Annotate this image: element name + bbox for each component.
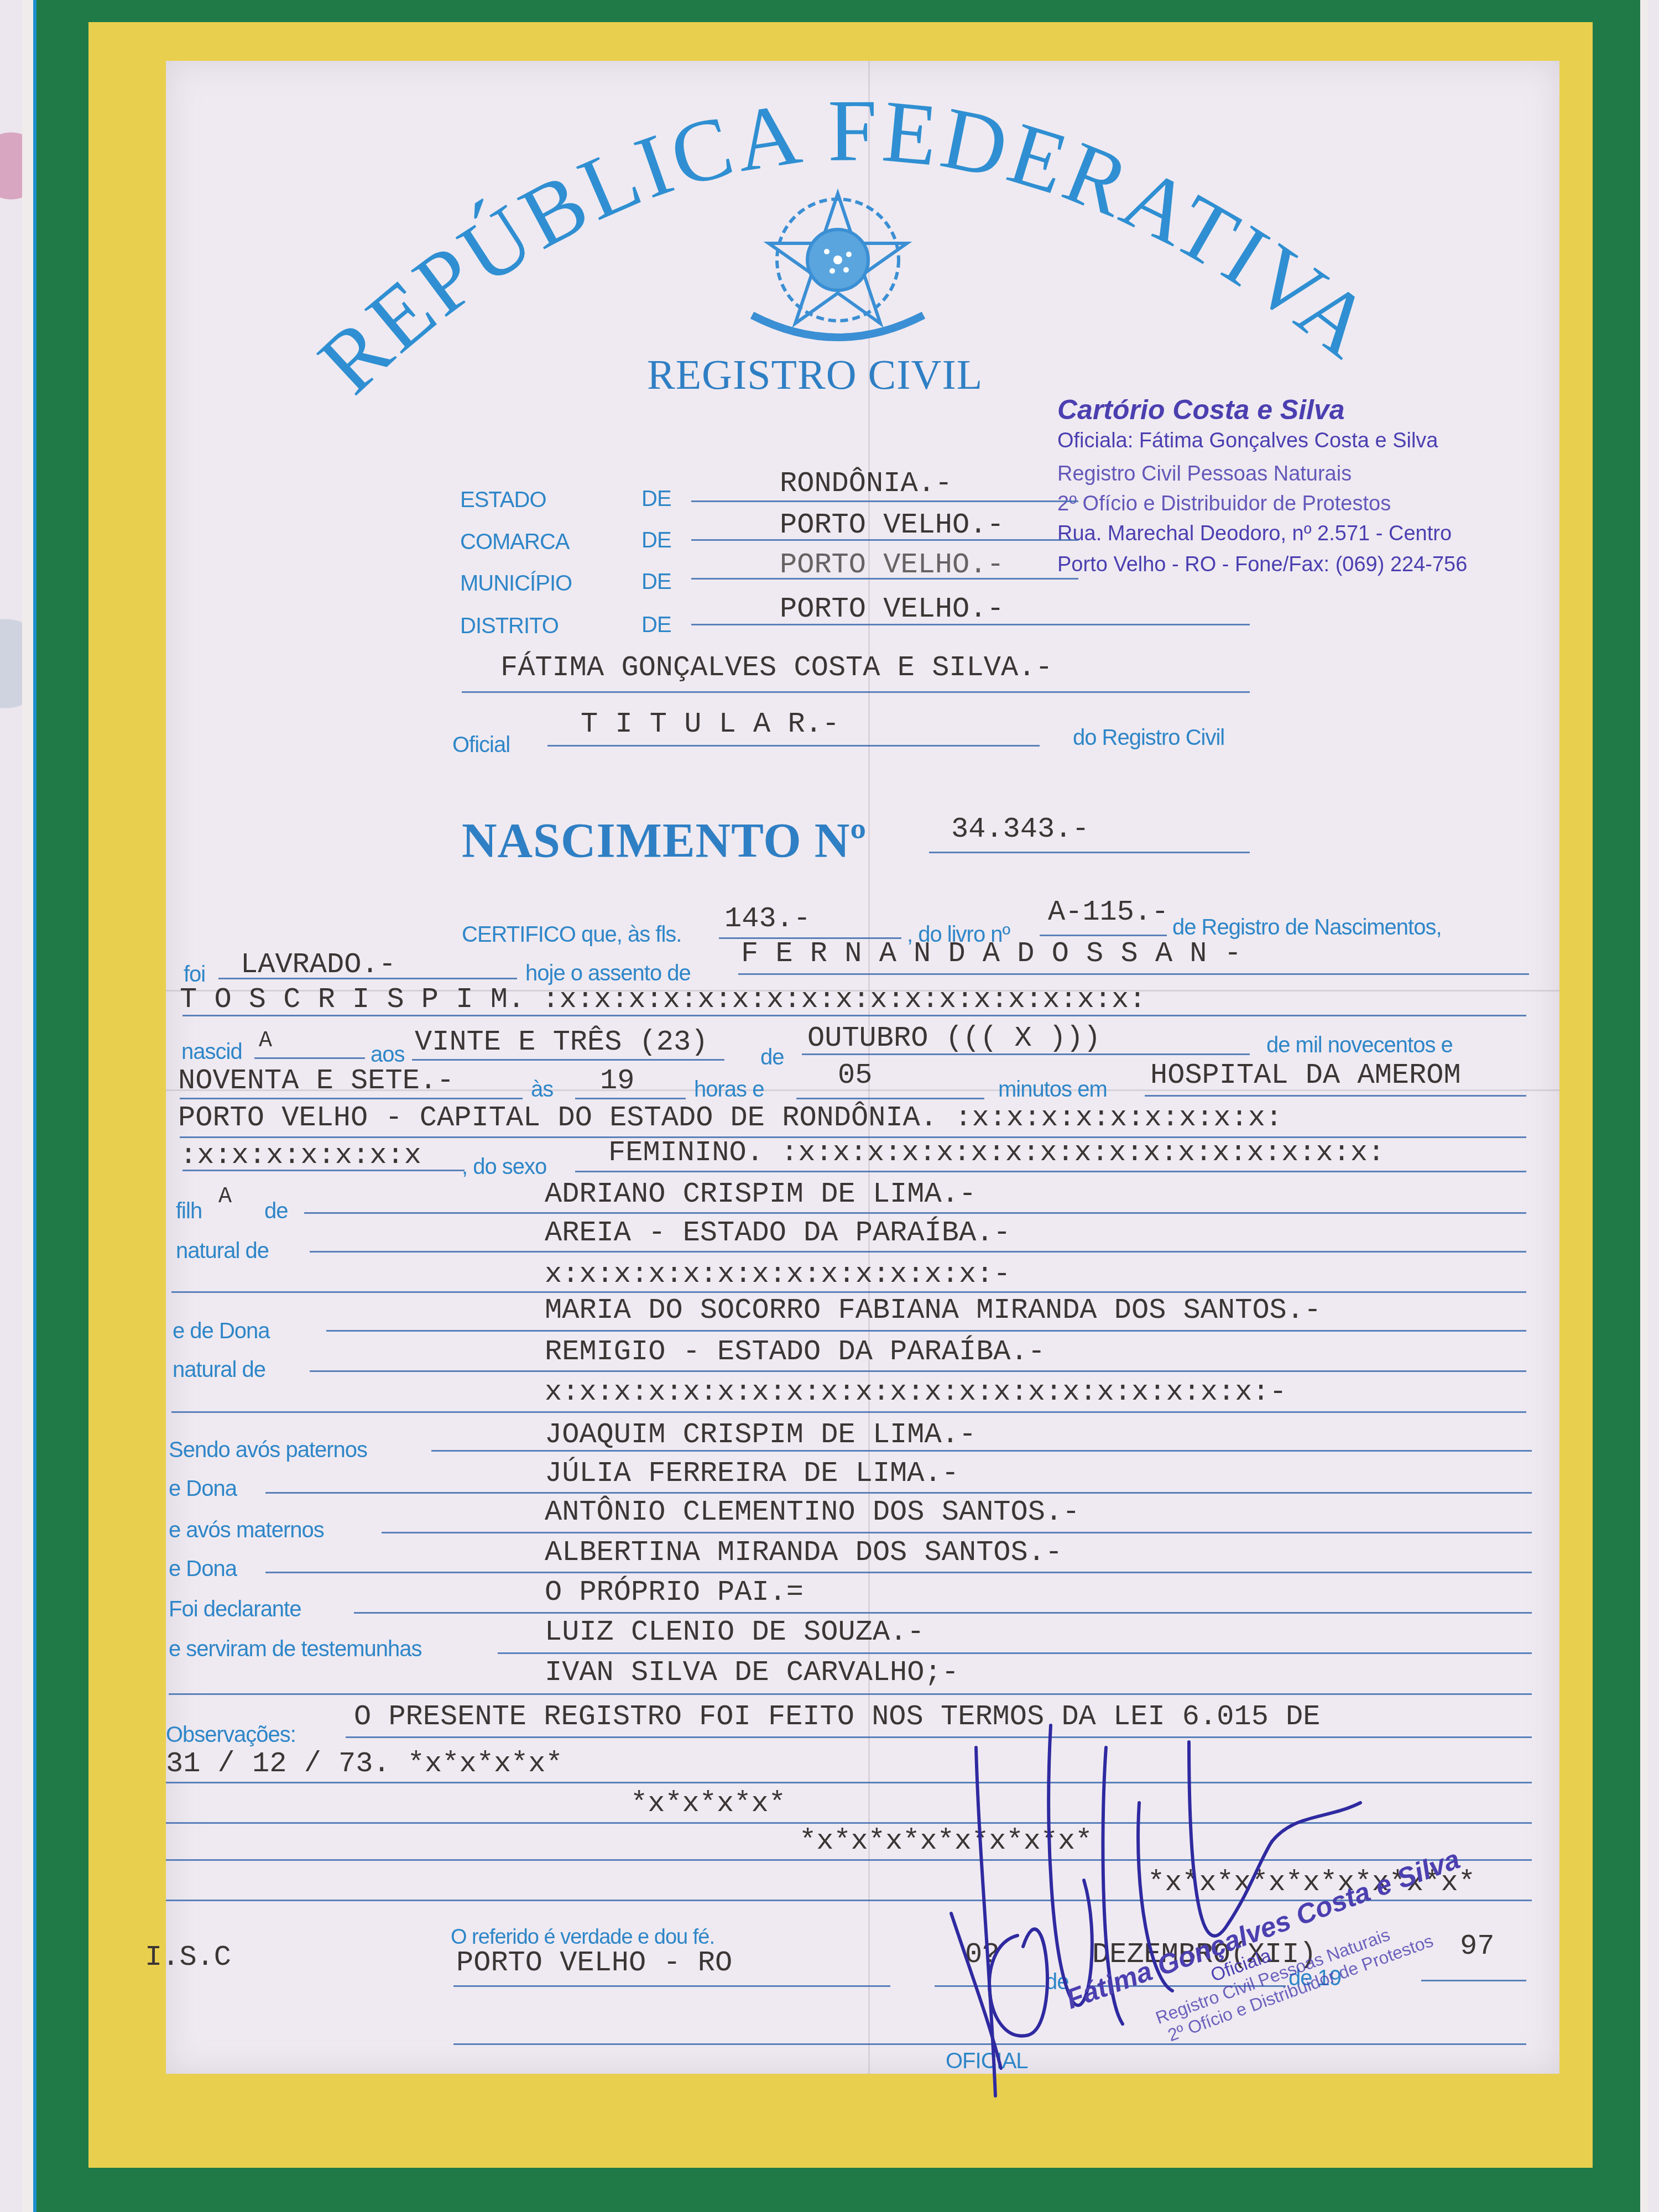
witness-2: IVAN SILVA DE CARVALHO;- [545, 1656, 959, 1689]
municipio-de-label: DE [641, 570, 671, 594]
sexo-value: FEMININO. :x:x:x:x:x:x:x:x:x:x:x:x:x:x:x… [608, 1136, 1385, 1169]
filh-label: filh [176, 1199, 202, 1224]
distrito-value: PORTO VELHO.- [780, 593, 1004, 625]
brazil-coat-of-arms-icon [735, 177, 940, 359]
issue-city: PORTO VELHO - RO [456, 1947, 732, 1979]
initials: I.S.C [145, 1941, 231, 1974]
horas-label: horas e [694, 1077, 764, 1102]
mother-dona-label: e de Dona [173, 1319, 270, 1344]
stamp-line-2: Registro Civil Pessoas Naturais [1057, 462, 1352, 486]
filler-before-sexo: :x:x:x:x:x:x:x [180, 1139, 421, 1172]
declarant-value: O PRÓPRIO PAI.= [545, 1576, 804, 1609]
oficial-value: T I T U L A R.- [581, 708, 839, 740]
observations-line-3: *x*x*x*x* [630, 1787, 786, 1820]
stamp-line-5: Porto Velho - RO - Fone/Fax: (069) 224-7… [1057, 553, 1467, 577]
foi-value: LAVRADO.- [241, 948, 396, 981]
father-origin: AREIA - ESTADO DA PARAÍBA.- [545, 1217, 1011, 1249]
observations-line-2: 31 / 12 / 73. *x*x*x*x* [166, 1747, 563, 1780]
paternal-grandmother: JÚLIA FERREIRA DE LIMA.- [545, 1457, 959, 1490]
birth-minute-value: 05 [838, 1059, 872, 1092]
as-label: às [531, 1077, 553, 1102]
estado-de-label: DE [641, 487, 671, 512]
mother-natural-label: natural de [173, 1358, 265, 1383]
mother-origin: REMIGIO - ESTADO DA PARAÍBA.- [545, 1335, 1045, 1368]
do-registro-civil-label: do Registro Civil [1073, 726, 1224, 750]
comarca-label: COMARCA [460, 530, 569, 555]
certifico-label: CERTIFICO que, às fls. [462, 922, 681, 947]
birth-hour-value: 19 [600, 1065, 634, 1097]
distrito-label: DISTRITO [460, 614, 559, 639]
observations-line-1: O PRESENTE REGISTRO FOI FEITO NOS TERMOS… [354, 1700, 1320, 1733]
father-filler: x:x:x:x:x:x:x:x:x:x:x:x:x:- [545, 1258, 1011, 1291]
paternal-grandmother-label: e Dona [169, 1477, 237, 1501]
attestation-label: O referido é verdade e dou fé. [451, 1926, 714, 1949]
father-name: ADRIANO CRISPIM DE LIMA.- [545, 1178, 976, 1211]
birth-month-value: OUTUBRO ((( X ))) [807, 1022, 1101, 1055]
birth-year-value: NOVENTA E SETE.- [178, 1065, 454, 1097]
assento-label: hoje o assento de [525, 961, 691, 986]
nascimento-number: 34.343.- [951, 813, 1089, 846]
stamp-line-1: Oficiala: Fátima Gonçalves Costa e Silva [1057, 429, 1438, 453]
sexo-label: , do sexo [462, 1155, 546, 1180]
nascid-label: nascid [181, 1040, 242, 1065]
mother-name: MARIA DO SOCORRO FABIANA MIRANDA DOS SAN… [545, 1294, 1321, 1327]
witnesses-label: e serviram de testemunhas [169, 1637, 421, 1662]
stamp-line-3: 2º Ofício e Distribuidor de Protestos [1057, 492, 1391, 516]
fls-value: 143.- [724, 902, 811, 935]
aos-label: aos [371, 1042, 405, 1067]
oficial-label: Oficial [452, 733, 510, 758]
maternal-grandmother-label: e Dona [169, 1557, 237, 1582]
nascimento-title: NASCIMENTO Nº [462, 813, 867, 869]
estado-value: RONDÔNIA.- [780, 467, 952, 500]
birth-place-line-2: PORTO VELHO - CAPITAL DO ESTADO DE RONDÔ… [178, 1102, 1282, 1134]
observations-label: Observações: [166, 1723, 296, 1747]
registro-civil-heading: REGISTRO CIVIL [647, 351, 983, 399]
filh-suffix: A [218, 1185, 232, 1209]
distrito-de-label: DE [641, 613, 671, 638]
estado-label: ESTADO [460, 488, 546, 513]
birth-day-value: VINTE E TRÊS (23) [415, 1026, 708, 1058]
de-label: de [760, 1045, 784, 1070]
declarant-label: Foi declarante [169, 1597, 301, 1622]
maternal-grandparents-label: e avós maternos [169, 1518, 324, 1543]
stamp-line-4: Rua. Marechal Deodoro, nº 2.571 - Centro [1057, 522, 1452, 546]
witness-1: LUIZ CLENIO DE SOUZA.- [545, 1616, 925, 1648]
birth-place-line-1: HOSPITAL DA AMEROM [1150, 1059, 1461, 1092]
maternal-grandfather: ANTÔNIO CLEMENTINO DOS SANTOS.- [545, 1496, 1079, 1528]
registro-nascimentos-label: de Registro de Nascimentos, [1172, 915, 1442, 940]
municipio-label: MUNICÍPIO [460, 571, 572, 596]
municipio-value: PORTO VELHO.- [780, 549, 1004, 581]
observations-line-4: *x*x*x*x*x*x*x*x* [799, 1825, 1093, 1858]
paternal-grandparents-label: Sendo avós paternos [169, 1438, 367, 1463]
comarca-value: PORTO VELHO.- [780, 509, 1004, 541]
issue-day: 0? [965, 1938, 999, 1971]
filh-de-label: de [264, 1199, 288, 1224]
stamp-office-name: Cartório Costa e Silva [1057, 394, 1345, 426]
paternal-grandfather: JOAQUIM CRISPIM DE LIMA.- [545, 1418, 976, 1451]
registrant-name-line-1: F E R N A N D A D O S S A N - [741, 937, 1241, 970]
mil-novecentos-label: de mil novecentos e [1266, 1033, 1453, 1058]
maternal-grandmother: ALBERTINA MIRANDA DOS SANTOS.- [545, 1536, 1062, 1569]
oficial-signature-label: OFICIAL [946, 2049, 1028, 2074]
comarca-de-label: DE [641, 528, 671, 553]
father-natural-label: natural de [176, 1239, 269, 1264]
mother-filler: x:x:x:x:x:x:x:x:x:x:x:x:x:x:x:x:x:x:x:x:… [545, 1376, 1287, 1408]
minutos-label: minutos em [998, 1077, 1107, 1102]
nascid-suffix: A [259, 1029, 272, 1053]
registrant-name-line-2: T O S C R I S P I M. :x:x:x:x:x:x:x:x:x:… [180, 983, 1146, 1016]
official-name: FÁTIMA GONÇALVES COSTA E SILVA.- [500, 651, 1053, 684]
livro-value: A-115.- [1048, 896, 1168, 928]
